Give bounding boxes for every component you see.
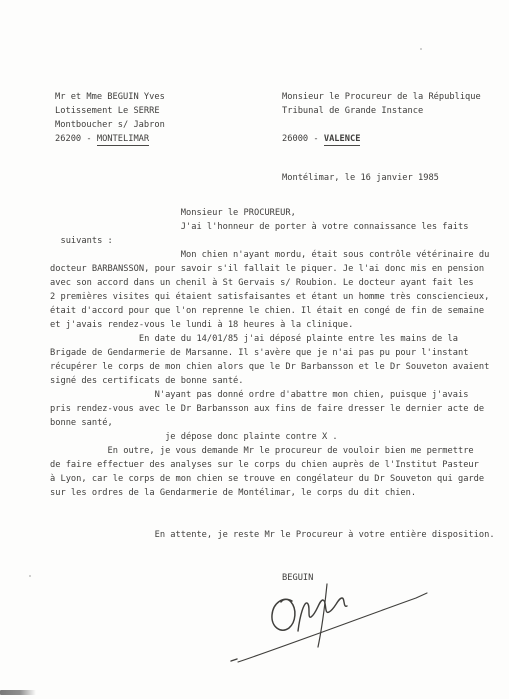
sender-postal-line: 26200 - MONTELIMAR xyxy=(55,132,165,146)
letter-line: suivants : xyxy=(50,234,505,248)
sender-postal-code: 26200 - xyxy=(55,134,97,144)
sender-name: Mr et Mme BEGUIN Yves xyxy=(55,90,165,104)
letter-line: J'ai l'honneur de porter à votre connais… xyxy=(50,220,505,234)
letter-line: signé des certificats de bonne santé. xyxy=(50,374,505,388)
letter-line: N'ayant pas donné ordre d'abattre mon ch… xyxy=(50,388,505,402)
letter-line: bonne santé, xyxy=(50,416,505,430)
recipient-address-block: Monsieur le Procureur de la République T… xyxy=(282,90,481,146)
letter-line: et j'avais rendez-vous le lundi à 18 heu… xyxy=(50,318,505,332)
letter-line: En outre, je vous demande Mr le procureu… xyxy=(50,444,505,458)
letter-page: Mr et Mme BEGUIN Yves Lotissement Le SER… xyxy=(0,0,509,699)
recipient-title: Monsieur le Procureur de la République xyxy=(282,90,481,104)
handwritten-signature xyxy=(220,578,440,678)
letter-line: Mon chien n'ayant mordu, était sous cont… xyxy=(50,248,505,262)
letter-line: de faire effectuer des analyses sur le c… xyxy=(50,458,505,472)
letter-line: était d'accord pour que l'on reprenne le… xyxy=(50,304,505,318)
letter-line: récupérer le corps de mon chien alors qu… xyxy=(50,360,505,374)
recipient-postal-line: 26000 - VALENCE xyxy=(282,132,481,146)
letter-line xyxy=(50,500,505,514)
letter-body: Monsieur le PROCUREUR, J'ai l'honneur de… xyxy=(50,206,505,542)
recipient-court: Tribunal de Grande Instance xyxy=(282,104,481,118)
scan-speck xyxy=(420,48,422,50)
letter-line: 2 premières visites qui étaient satisfai… xyxy=(50,290,505,304)
letter-line: sur les ordres de la Gendarmerie de Mont… xyxy=(50,486,505,500)
dateline: Montélimar, le 16 janvier 1985 xyxy=(282,171,439,185)
recipient-postal-code: 26000 - xyxy=(282,134,324,144)
sender-address-block: Mr et Mme BEGUIN Yves Lotissement Le SER… xyxy=(55,90,165,146)
scan-smudge xyxy=(0,690,36,695)
letter-line: pris rendez-vous avec le Dr Barbansson a… xyxy=(50,402,505,416)
letter-line: avec son accord dans un chenil à St Gerv… xyxy=(50,276,505,290)
sender-locality: Montboucher s/ Jabron xyxy=(55,118,165,132)
letter-line: Monsieur le PROCUREUR, xyxy=(50,206,505,220)
letter-line: je dépose donc plainte contre X . xyxy=(50,430,505,444)
sender-city: MONTELIMAR xyxy=(97,134,149,146)
letter-line: Brigade de Gendarmerie de Marsanne. Il s… xyxy=(50,346,505,360)
letter-line: à Lyon, car le corps de mon chien se tro… xyxy=(50,472,505,486)
blank-line xyxy=(282,118,481,132)
letter-line xyxy=(50,514,505,528)
letter-line: En date du 14/01/85 j'ai déposé plainte … xyxy=(50,332,505,346)
letter-line: En attente, je reste Mr le Procureur à v… xyxy=(50,528,505,542)
sender-street: Lotissement Le SERRE xyxy=(55,104,165,118)
recipient-city: VALENCE xyxy=(324,134,361,146)
scan-speck xyxy=(29,575,31,577)
letter-line: docteur BARBANSSON, pour savoir s'il fal… xyxy=(50,262,505,276)
